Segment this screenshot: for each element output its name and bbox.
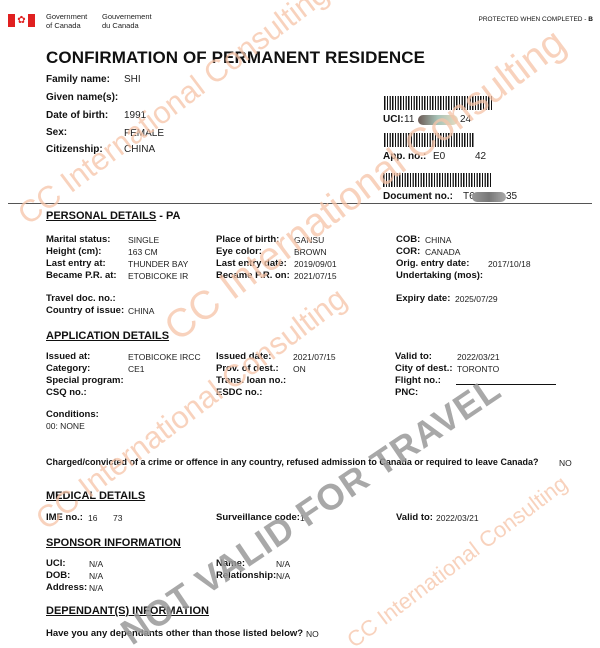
- protected-notice: PROTECTED WHEN COMPLETED - B: [479, 16, 594, 23]
- travel-doc-no-label: Travel doc. no.:: [46, 293, 116, 304]
- given-names-label: Given name(s):: [46, 92, 118, 103]
- issued-at-value: ETOBICOKE IRCC: [128, 352, 201, 362]
- sponsor-address-label: Address:: [46, 582, 87, 593]
- uci-label: UCI:: [383, 114, 404, 125]
- csq-no-label: CSQ no.:: [46, 387, 87, 398]
- ime-no-value-start: 16: [88, 513, 97, 523]
- app-no-value-end: 42: [475, 151, 486, 162]
- valid-to-value: 2022/03/21: [457, 352, 500, 362]
- sponsor-uci-value: N/A: [89, 559, 103, 569]
- became-pr-at-label: Became P.R. at:: [46, 270, 117, 281]
- expiry-date-value: 2025/07/29: [455, 294, 498, 304]
- sponsor-uci-label: UCI:: [46, 558, 66, 569]
- category-label: Category:: [46, 363, 90, 374]
- gov-en-line2: of Canada: [46, 22, 87, 31]
- country-of-issue-label: Country of issue:: [46, 305, 124, 316]
- sponsor-dob-value: N/A: [89, 571, 103, 581]
- valid-to-label: Valid to:: [395, 351, 432, 362]
- special-program-label: Special program:: [46, 375, 124, 386]
- sponsor-information-heading: SPONSOR INFORMATION: [46, 537, 181, 549]
- flight-no-label: Flight no.:: [395, 375, 441, 386]
- personal-details-suffix: - PA: [156, 210, 180, 222]
- conditions-value: 00: NONE: [46, 421, 85, 431]
- height-value: 163 CM: [128, 247, 158, 257]
- conditions-label: Conditions:: [46, 409, 99, 420]
- sponsor-address-value: N/A: [89, 583, 103, 593]
- cor-value: CANADA: [425, 247, 460, 257]
- prov-of-dest-value: ON: [293, 364, 306, 374]
- sex-label: Sex:: [46, 127, 67, 138]
- consulting-watermark-small: CC International Consulting: [342, 471, 573, 648]
- marital-status-value: SINGLE: [128, 235, 159, 245]
- last-entry-at-value: THUNDER BAY: [128, 259, 188, 269]
- canada-flag-icon: ✿: [8, 14, 35, 27]
- last-entry-at-label: Last entry at:: [46, 258, 106, 269]
- became-pr-on-value: 2021/07/15: [294, 271, 337, 281]
- family-name-label: Family name:: [46, 74, 110, 85]
- sponsor-dob-label: DOB:: [46, 570, 70, 581]
- section-divider: [8, 203, 592, 204]
- protected-level: B: [588, 16, 593, 23]
- gov-fr-wordmark: Gouvernement du Canada: [102, 13, 152, 30]
- cob-value: CHINA: [425, 235, 451, 245]
- orig-entry-date-value: 2017/10/18: [488, 259, 531, 269]
- medical-valid-to-label: Valid to:: [396, 512, 433, 523]
- orig-entry-date-label: Orig. entry date:: [396, 258, 469, 269]
- family-name-value: SHI: [124, 74, 141, 85]
- cor-label: COR:: [396, 246, 420, 257]
- document-no-label: Document no.:: [383, 191, 453, 202]
- undertaking-label: Undertaking (mos):: [396, 270, 483, 281]
- document-no-redaction: [472, 192, 506, 202]
- protected-label: PROTECTED WHEN COMPLETED -: [479, 16, 589, 23]
- document-no-value-end: 35: [506, 191, 517, 202]
- country-of-issue-value: CHINA: [128, 306, 154, 316]
- ime-no-value-end: 73: [113, 513, 122, 523]
- dependants-question: Have you any dependants other than those…: [46, 628, 303, 639]
- medical-valid-to-value: 2022/03/21: [436, 513, 479, 523]
- sponsor-relationship-value: N/A: [276, 571, 290, 581]
- expiry-date-label: Expiry date:: [396, 293, 450, 304]
- issued-at-label: Issued at:: [46, 351, 90, 362]
- marital-status-label: Marital status:: [46, 234, 110, 245]
- dob-label: Date of birth:: [46, 110, 108, 121]
- personal-details-title: PERSONAL DETAILS: [46, 210, 156, 222]
- dependants-answer: NO: [306, 629, 319, 639]
- application-details-heading: APPLICATION DETAILS: [46, 330, 169, 342]
- gov-fr-line2: du Canada: [102, 22, 152, 31]
- personal-details-heading: PERSONAL DETAILS - PA: [46, 210, 180, 222]
- issued-date-value: 2021/07/15: [293, 352, 336, 362]
- criminality-answer: NO: [559, 458, 572, 468]
- pnc-label: PNC:: [395, 387, 418, 398]
- became-pr-at-value: ETOBICOKE IR: [128, 271, 188, 281]
- sponsor-name-value: N/A: [276, 559, 290, 569]
- cob-label: COB:: [396, 234, 420, 245]
- category-value: CE1: [128, 364, 145, 374]
- city-of-dest-label: City of dest.:: [395, 363, 453, 374]
- gov-en-wordmark: Government of Canada: [46, 13, 87, 30]
- height-label: Height (cm):: [46, 246, 101, 257]
